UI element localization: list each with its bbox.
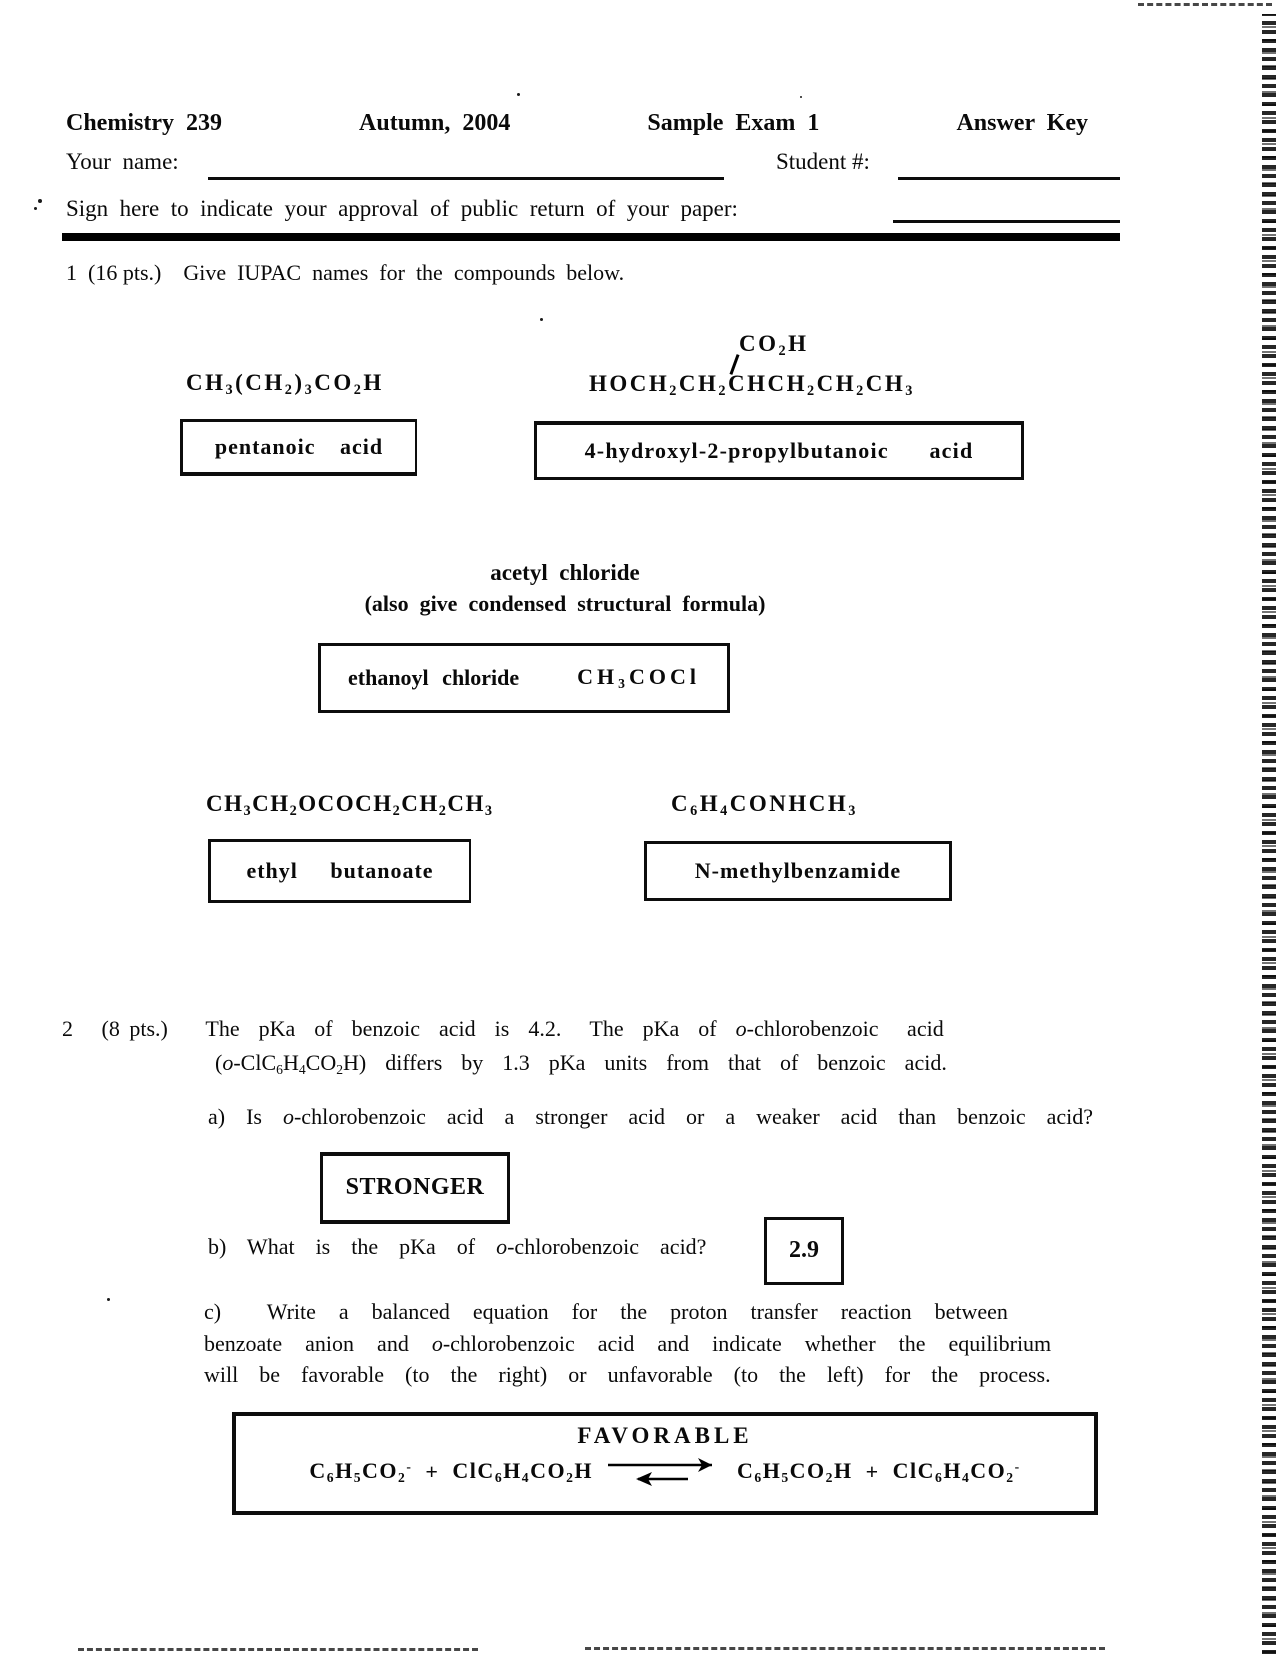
exam-header-row: Chemistry 239 Autumn, 2004 Sample Exam 1… <box>66 110 1088 138</box>
compound-1-answer-box: pentanoic acid <box>180 419 417 476</box>
ink-speck <box>517 93 520 96</box>
compound-4-answer: ethyl butanoate <box>246 858 433 883</box>
question-2b-answer: 2.9 <box>789 1237 819 1265</box>
compound-4-answer-box: ethyl butanoate <box>208 839 471 903</box>
ink-speck <box>38 199 42 203</box>
equilibrium-arrows-icon <box>606 1455 724 1487</box>
compound-3-answer-box: ethanoyl chloride CH3COCl <box>318 643 730 713</box>
equilibrium-direction-label: FAVORABLE <box>236 1423 1094 1449</box>
equation-benzoate-anion: C6H5CO2- <box>309 1458 412 1485</box>
your-name-label: Your name: <box>66 149 179 175</box>
course-title: Chemistry 239 <box>66 110 222 138</box>
compound-2-answer: 4-hydroxyl-2-propylbutanoic acid <box>585 438 974 463</box>
equation-plus-sign: + <box>425 1459 439 1484</box>
compound-2-formula: HOCH2CH2CHCH2CH2CH3 <box>589 371 915 399</box>
exam-title: Sample Exam 1 <box>647 110 819 138</box>
question-2-line-1: 2 (8 pts.) The pKa of benzoic acid is 4.… <box>62 1016 944 1041</box>
scan-artifact-right-noise-band <box>1262 14 1276 1654</box>
signature-instruction: Sign here to indicate your approval of p… <box>66 196 738 222</box>
question-1-heading: 1 (16 pts.) Give IUPAC names for the com… <box>66 260 624 285</box>
equation-chlorobenzoic-acid: ClC6H4CO2H <box>452 1458 593 1485</box>
equation-benzoic-acid: C6H5CO2H <box>737 1458 853 1485</box>
signature-blank-line <box>893 194 1120 223</box>
name-blank-line <box>208 150 724 180</box>
compound-1-formula: CH3(CH2)3CO2H <box>186 370 384 398</box>
student-number-blank-line <box>898 150 1120 180</box>
exam-answer-key-page: Chemistry 239 Autumn, 2004 Sample Exam 1… <box>0 0 1280 1656</box>
question-2b-text: b) What is the pKa of o-chlorobenzoic ac… <box>208 1234 706 1259</box>
question-2c-line-2: benzoate anion and o-chlorobenzoic acid … <box>204 1331 1051 1356</box>
compound-2-answer-box: 4-hydroxyl-2-propylbutanoic acid <box>534 421 1024 480</box>
ink-speck <box>107 1298 110 1301</box>
question-2a-text: a) Is o-chlorobenzoic acid a stronger ac… <box>208 1104 1093 1129</box>
equation-chlorobenzoate-anion: ClC6H4CO2- <box>893 1458 1021 1485</box>
compound-5-answer: N-methylbenzamide <box>695 858 901 883</box>
question-2b-answer-box: 2.9 <box>764 1217 844 1285</box>
ink-speck <box>34 207 37 210</box>
compound-5-answer-box: N-methylbenzamide <box>644 841 952 901</box>
question-2c-answer-box: FAVORABLE C6H5CO2- + ClC6H4CO2H C6H5CO2H… <box>232 1412 1098 1515</box>
scan-artifact-bottom-dashes-right <box>585 1647 1105 1650</box>
scan-artifact-top-dashes <box>1138 3 1272 6</box>
compound-3-name: acetyl chloride <box>285 560 845 586</box>
question-2a-answer: STRONGER <box>346 1174 485 1202</box>
scan-artifact-bottom-dashes-left <box>78 1648 478 1651</box>
answer-key-label: Answer Key <box>956 110 1088 138</box>
ink-speck <box>800 96 802 98</box>
term-label: Autumn, 2004 <box>359 110 510 138</box>
question-2-line-2: (o-ClC6H4CO2H) differs by 1.3 pKa units … <box>215 1050 947 1077</box>
question-2c-line-3: will be favorable (to the right) or unfa… <box>204 1362 1051 1387</box>
question-2a-answer-box: STRONGER <box>320 1152 510 1224</box>
compound-3-answer-name: ethanoyl chloride <box>348 665 519 690</box>
compound-4-formula: CH3CH2OCOCH2CH2CH3 <box>206 791 494 819</box>
question-2c-line-1: c) Write a balanced equation for the pro… <box>204 1299 1008 1324</box>
compound-3-note: (also give condensed structural formula) <box>285 591 845 616</box>
ink-speck <box>540 318 543 321</box>
compound-2-branch-group: CO2H <box>739 331 809 359</box>
equation-plus-sign: + <box>866 1459 880 1484</box>
student-number-label: Student #: <box>776 149 870 175</box>
compound-3-answer-formula: CH3COCl <box>577 664 700 691</box>
compound-5-formula: C6H4CONHCH3 <box>671 791 858 819</box>
compound-1-answer: pentanoic acid <box>215 434 383 459</box>
header-divider-rule <box>62 233 1120 241</box>
proton-transfer-equation: C6H5CO2- + ClC6H4CO2H C6H5CO2H + ClC6H4C… <box>236 1455 1094 1487</box>
